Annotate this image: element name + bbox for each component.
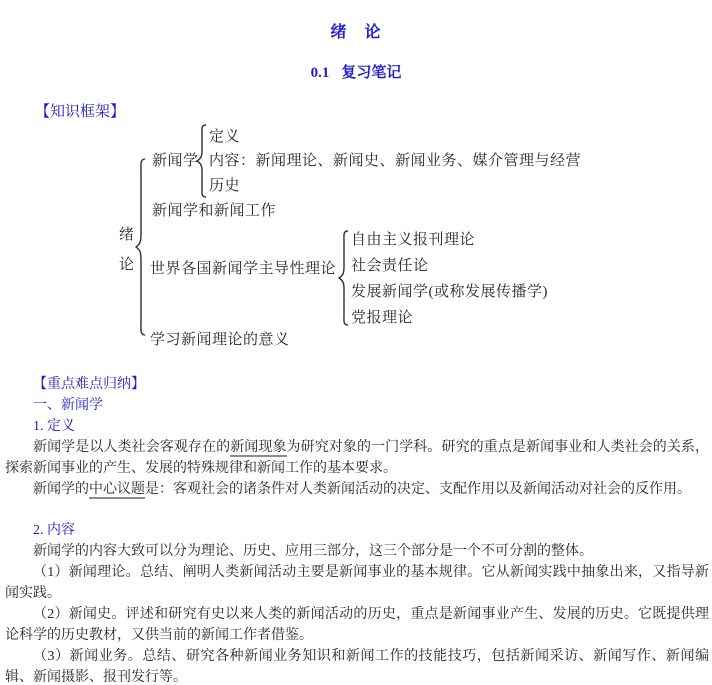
notes-section: 【重点难点归纳】 一、新闻学 1. 定义 新闻学是以人类社会客观存在的新闻现象为… [5, 375, 709, 685]
framework-branch3-label: 世界各国新闻学主导性理论 [150, 260, 336, 278]
paragraph-text: 新闻学的 [33, 482, 89, 497]
branch1-item-definition: 定义 [209, 128, 240, 146]
branch3-brace [338, 230, 350, 326]
framework-branch2-label: 新闻学和新闻工作 [152, 202, 276, 220]
content-subtitle: 2. 内容 [5, 521, 709, 542]
notes-heading: 【重点难点归纳】 [5, 375, 709, 396]
branch1-brace [196, 124, 208, 198]
branch3-item-development-journalism: 发展新闻学(或称发展传播学) [351, 283, 548, 301]
paragraph-text: 是：客观社会的诸条件对人类新闻活动的决定、支配作用以及新闻活动对社会的反作用。 [145, 482, 691, 497]
notes-section-title: 一、新闻学 [5, 396, 709, 417]
branch1-item-content: 内容：新闻理论、新闻史、新闻业务、媒介管理与经营 [209, 152, 581, 170]
framework-branch4-label: 学习新闻理论的意义 [150, 331, 290, 349]
framework-branch1-label: 新闻学 [152, 152, 199, 170]
branch3-item-liberal-press-theory: 自由主义报刊理论 [351, 231, 475, 249]
section-number: 0.1 [311, 65, 330, 81]
section-heading: 0.1复习笔记 [0, 61, 712, 82]
framework-heading: 【知识框架】 [35, 100, 125, 121]
paragraph-text: 新闻学是以人类社会客观存在的 [33, 440, 230, 455]
underlined-term-central-topic: 中心议题 [89, 482, 145, 499]
definition-subtitle: 1. 定义 [5, 417, 709, 438]
outer-brace [135, 158, 147, 336]
underlined-term-news-phenomenon: 新闻现象 [230, 440, 286, 457]
branch3-item-party-press-theory: 党报理论 [351, 309, 413, 327]
section-title: 复习笔记 [341, 64, 401, 81]
content-intro-paragraph: 新闻学的内容大致可以分为理论、历史、应用三部分，这三个部分是一个不可分割的整体。 [5, 542, 709, 563]
content-item-news-theory: （1）新闻理论。总结、阐明人类新闻活动主要是新闻事业的基本规律。它从新闻实践中抽… [5, 563, 709, 605]
page-title: 绪 论 [0, 19, 712, 42]
branch1-item-history: 历史 [209, 177, 240, 195]
content-item-news-history: （2）新闻史。评述和研究有史以来人类的新闻活动的历史，重点是新闻事业产生、发展的… [5, 605, 709, 647]
branch3-item-social-responsibility: 社会责任论 [351, 257, 429, 275]
content-item-news-practice: （3）新闻业务。总结、研究各种新闻业务知识和新闻工作的技能技巧，包括新闻采访、新… [5, 647, 709, 685]
definition-paragraph-2: 新闻学的中心议题是：客观社会的诸条件对人类新闻活动的决定、支配作用以及新闻活动对… [5, 480, 709, 501]
definition-paragraph-1: 新闻学是以人类社会客观存在的新闻现象为研究对象的一门学科。研究的重点是新闻事业和… [5, 438, 709, 480]
framework-root-char-1: 绪 [119, 226, 135, 244]
framework-root-char-2: 论 [119, 256, 135, 274]
document-page: 绪 论 0.1复习笔记 【知识框架】 绪 论 新闻学 定义 内容：新闻理论、新闻… [0, 0, 712, 685]
